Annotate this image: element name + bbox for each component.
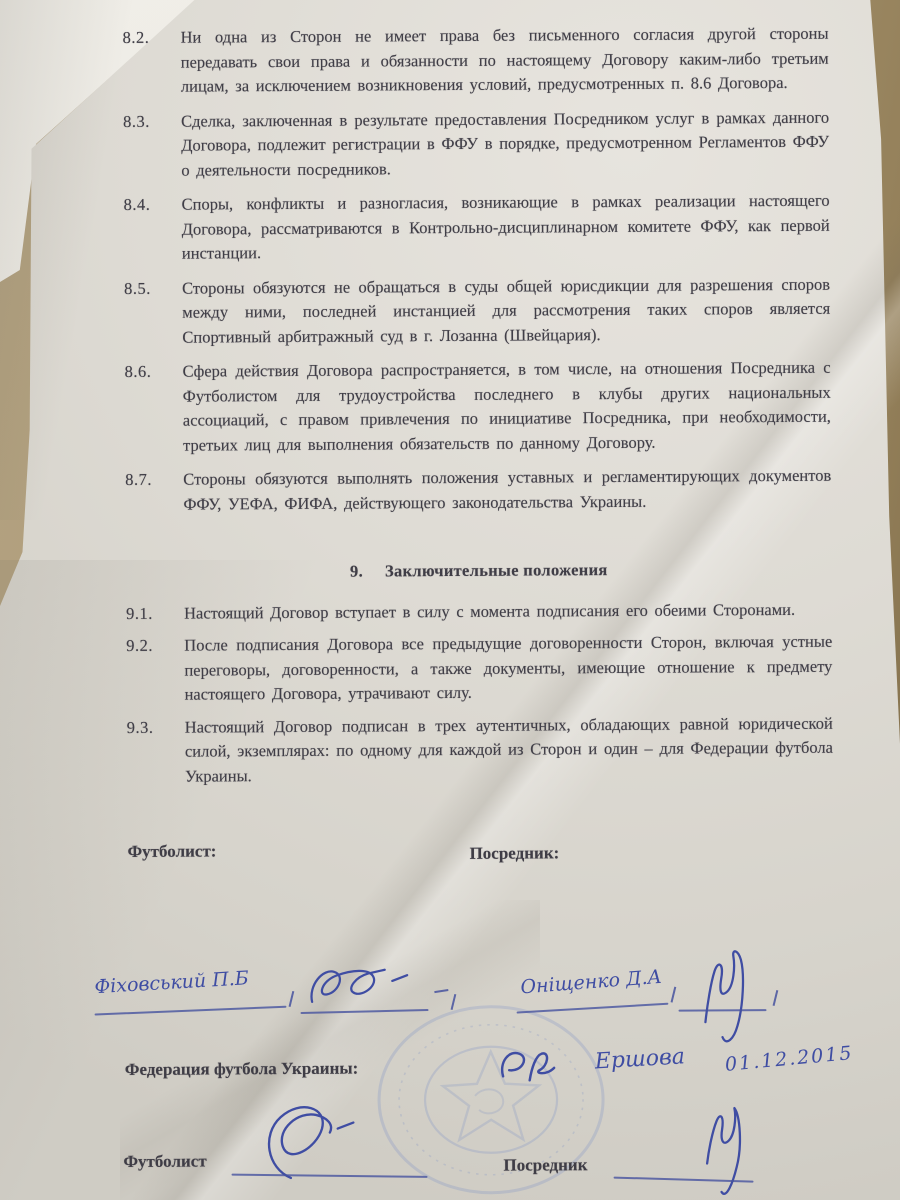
clause-8-3: 8.3. Сделка, заключенная в результате пр… xyxy=(123,105,829,183)
signature-tick xyxy=(773,990,779,1006)
clause-8-5: 8.5. Стороны обязуются не обращаться в с… xyxy=(124,272,830,350)
intermediary-label: Посредник: xyxy=(469,843,559,864)
document-content: 8.2. Ни одна из Сторон не имеет права бе… xyxy=(0,0,900,1200)
signature-tick xyxy=(289,991,295,1007)
clause-8-6: 8.6. Сфера действия Договора распростран… xyxy=(125,356,832,458)
intermediary-signature-flourish xyxy=(686,948,753,1052)
clause-number: 9.1. xyxy=(126,601,184,626)
signature-tick xyxy=(671,987,677,1003)
clause-9-1: 9.1. Настоящий Договор вступает в силу с… xyxy=(126,597,832,626)
federation-signature-flourish xyxy=(495,1045,587,1092)
clause-number: 9.2. xyxy=(126,634,184,708)
federation-label: Федерация футбола Украины: xyxy=(125,1059,359,1080)
clause-text: Ни одна из Сторон не имеет права без пис… xyxy=(180,22,828,99)
federation-handwritten-signature: Ершова xyxy=(594,1044,685,1074)
clause-number: 8.4. xyxy=(124,193,182,267)
clause-text: Сделка, заключенная в результате предост… xyxy=(181,105,829,182)
clause-text: Стороны обязуются не обращаться в суды о… xyxy=(182,272,830,349)
bottom-footballer-signature-flourish xyxy=(255,1101,364,1196)
clause-8-2: 8.2. Ни одна из Сторон не имеет права бе… xyxy=(122,22,828,100)
signature-underline xyxy=(679,1009,767,1012)
clause-number: 9.3. xyxy=(127,715,185,789)
clause-8-4: 8.4. Споры, конфликты и разногласия, воз… xyxy=(124,189,830,267)
intermediary-handwritten-name: Оніщенко Д.А xyxy=(520,966,663,999)
bottom-footballer-label: Футболист xyxy=(123,1151,206,1172)
section-9-title: Заключительные положения xyxy=(385,560,608,580)
footballer-label: Футболист: xyxy=(127,841,216,862)
clause-text: Сфера действия Договора распространяется… xyxy=(183,356,832,458)
clause-9-3: 9.3. Настоящий Договор подписан в трех а… xyxy=(127,711,833,789)
clause-number: 8.2. xyxy=(122,26,180,100)
clause-8-7: 8.7. Стороны обязуются выполнять положен… xyxy=(125,464,831,517)
bottom-intermediary-signature-flourish xyxy=(691,1104,750,1200)
footballer-signature-flourish xyxy=(302,960,452,1017)
footballer-handwritten-name: Фіховський П.Б xyxy=(94,967,250,998)
clause-text: Стороны обязуются выполнять положения ус… xyxy=(183,464,831,517)
clause-text: Настоящий Договор вступает в силу с моме… xyxy=(184,597,832,625)
clause-text: Настоящий Договор подписан в трех аутент… xyxy=(185,711,833,788)
clause-number: 8.7. xyxy=(125,468,183,517)
bottom-intermediary-label: Посредник xyxy=(503,1155,587,1176)
clause-text: Споры, конфликты и разногласия, возникаю… xyxy=(182,189,830,266)
section-9-number: 9. xyxy=(350,562,363,581)
clause-number: 8.3. xyxy=(123,109,181,183)
clause-number: 8.6. xyxy=(125,360,184,458)
clause-number: 8.5. xyxy=(124,276,182,350)
section-9-heading: 9.Заключительные положения xyxy=(126,557,832,586)
clause-9-2: 9.2. После подписания Договора все преды… xyxy=(126,630,832,708)
signature-underline xyxy=(95,1006,287,1016)
contract-text-block: 8.2. Ни одна из Сторон не имеет права бе… xyxy=(122,22,833,797)
clause-text: После подписания Договора все предыдущие… xyxy=(184,630,832,707)
